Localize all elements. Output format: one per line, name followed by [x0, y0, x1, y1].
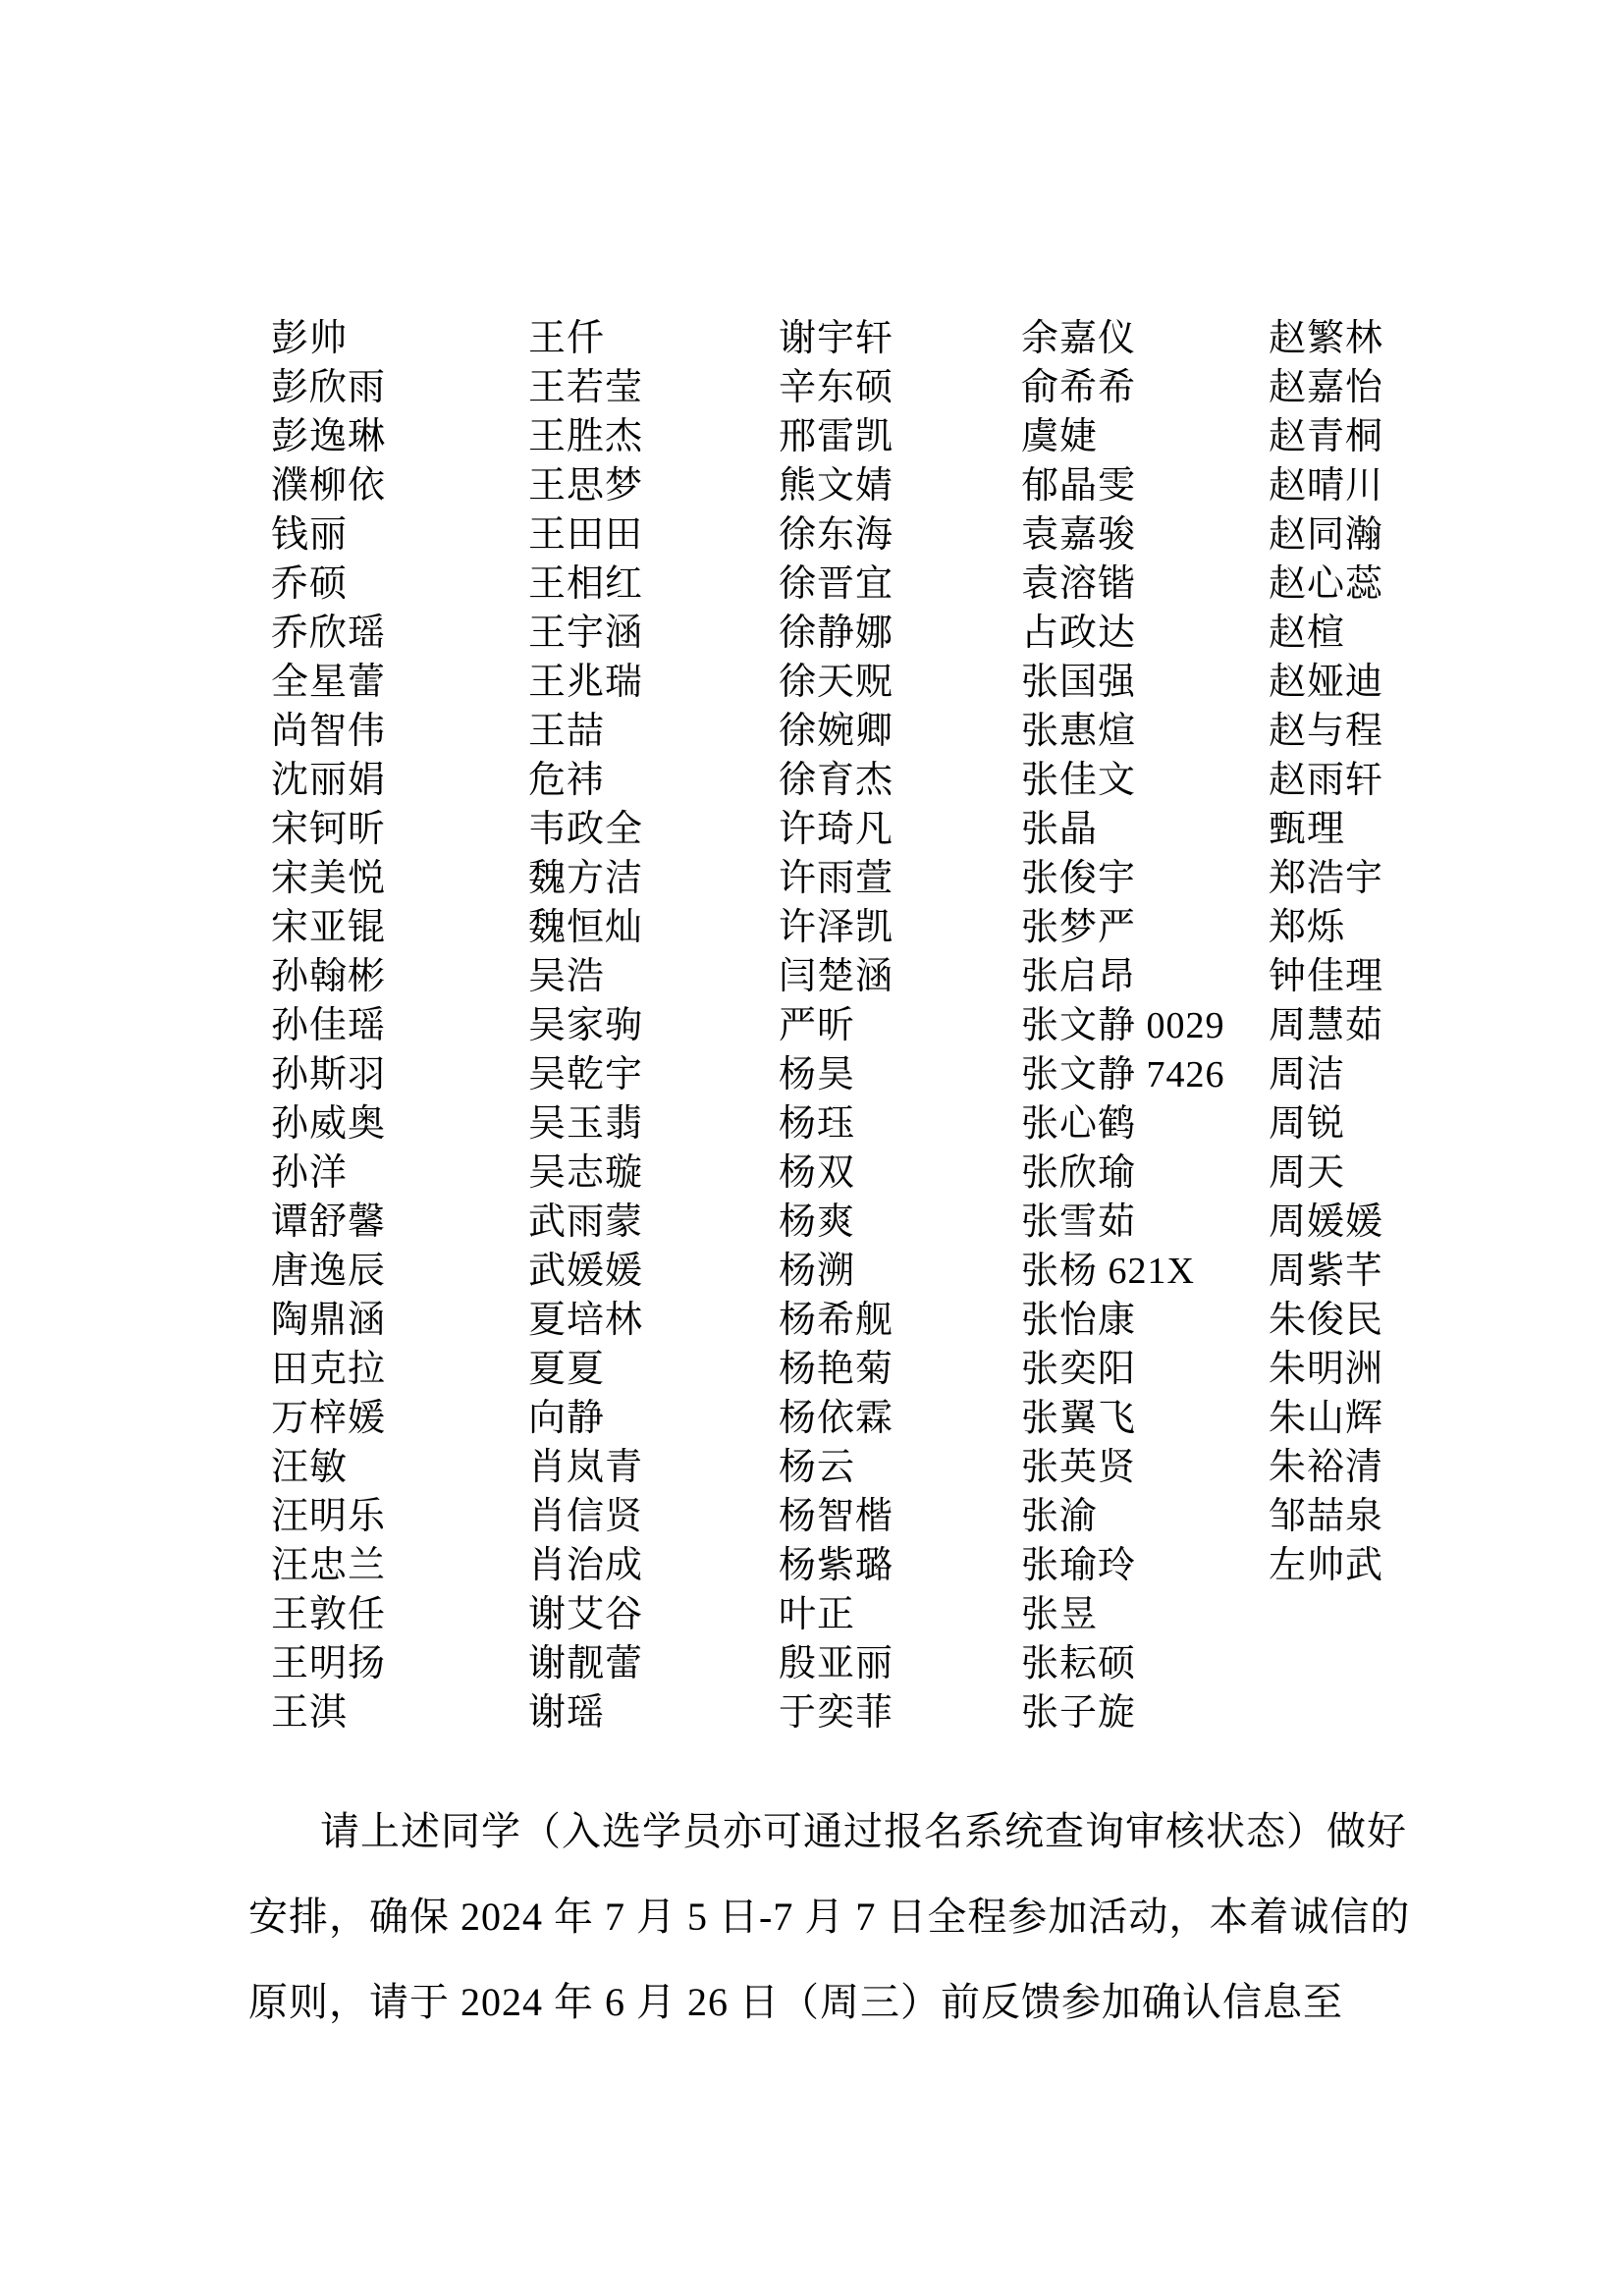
student-name: 肖岚青: [528, 1443, 643, 1492]
student-name: 汪忠兰: [271, 1541, 386, 1590]
student-name: 郑烁: [1269, 903, 1383, 952]
student-name: 张文静 7426: [1021, 1050, 1225, 1099]
student-name: 赵晴川: [1269, 461, 1383, 510]
student-name: 吴乾宇: [528, 1050, 643, 1099]
student-name: 宋美悦: [271, 854, 386, 903]
name-column-2: 王仟王若莹王胜杰王思梦王田田王相红王宇涵王兆瑞王喆危祎韦政全魏方洁魏恒灿吴浩吴家…: [528, 314, 643, 1737]
student-name: 吴玉翡: [528, 1099, 643, 1148]
confirmation-instructions-paragraph: 请上述同学（入选学员亦可通过报名系统查询审核状态）做好安排，确保 2024 年 …: [248, 1789, 1407, 2045]
student-name: 朱山辉: [1269, 1394, 1383, 1443]
student-name: 于奕菲: [779, 1688, 893, 1737]
student-name: 徐晋宜: [779, 560, 893, 609]
student-name: 杨爽: [779, 1198, 893, 1247]
student-name: 张昱: [1021, 1590, 1225, 1639]
student-name: 赵与程: [1269, 707, 1383, 756]
student-name: 张渝: [1021, 1492, 1225, 1541]
student-name: 严昕: [779, 1001, 893, 1050]
student-name: 袁溶锴: [1021, 560, 1225, 609]
student-name: 王宇涵: [528, 609, 643, 658]
student-name: 万梓媛: [271, 1394, 386, 1443]
student-name: 张英贤: [1021, 1443, 1225, 1492]
student-name: 叶正: [779, 1590, 893, 1639]
student-name: 周天: [1269, 1148, 1383, 1198]
student-name: 徐天贶: [779, 658, 893, 707]
student-name: 甄理: [1269, 805, 1383, 854]
student-name: 王胜杰: [528, 412, 643, 461]
student-name: 邢雷凯: [779, 412, 893, 461]
document-page: 彭帅彭欣雨彭逸琳濮柳依钱丽乔硕乔欣瑶全星蕾尚智伟沈丽娟宋钶昕宋美悦宋亚锟孙翰彬孙…: [0, 0, 1624, 2296]
student-name: 杨依霖: [779, 1394, 893, 1443]
student-name: 夏培林: [528, 1296, 643, 1345]
student-name: 武媛媛: [528, 1247, 643, 1296]
student-name: 赵繁林: [1269, 314, 1383, 363]
student-name: 虞婕: [1021, 412, 1225, 461]
student-name: 许琦凡: [779, 805, 893, 854]
student-name: 袁嘉骏: [1021, 510, 1225, 560]
student-name: 乔硕: [271, 560, 386, 609]
student-name: 张耘硕: [1021, 1639, 1225, 1688]
student-name: 张文静 0029: [1021, 1001, 1225, 1050]
student-name: 陶鼎涵: [271, 1296, 386, 1345]
student-name: 彭欣雨: [271, 363, 386, 412]
student-name: 钟佳理: [1269, 952, 1383, 1001]
student-name: 占政达: [1021, 609, 1225, 658]
name-column-5: 赵繁林赵嘉怡赵青桐赵晴川赵同瀚赵心蕊赵楦赵娅迪赵与程赵雨轩甄理郑浩宇郑烁钟佳理周…: [1269, 314, 1383, 1590]
student-name: 周慧茹: [1269, 1001, 1383, 1050]
student-name: 朱裕清: [1269, 1443, 1383, 1492]
student-name: 吴家驹: [528, 1001, 643, 1050]
student-name: 郑浩宇: [1269, 854, 1383, 903]
student-name: 张子旋: [1021, 1688, 1225, 1737]
student-name: 赵青桐: [1269, 412, 1383, 461]
student-name: 周紫芊: [1269, 1247, 1383, 1296]
student-name: 熊文婧: [779, 461, 893, 510]
student-name: 汪敏: [271, 1443, 386, 1492]
student-name: 肖治成: [528, 1541, 643, 1590]
student-name: 张国强: [1021, 658, 1225, 707]
student-name: 韦政全: [528, 805, 643, 854]
student-name: 向静: [528, 1394, 643, 1443]
student-name: 张惠煊: [1021, 707, 1225, 756]
student-name: 吴志璇: [528, 1148, 643, 1198]
student-name: 左帅武: [1269, 1541, 1383, 1590]
student-name: 杨智楷: [779, 1492, 893, 1541]
student-name: 谢艾谷: [528, 1590, 643, 1639]
student-name: 肖信贤: [528, 1492, 643, 1541]
student-name: 徐东海: [779, 510, 893, 560]
student-name: 杨紫璐: [779, 1541, 893, 1590]
student-name: 徐婉卿: [779, 707, 893, 756]
student-name: 张瑜玲: [1021, 1541, 1225, 1590]
student-name: 赵雨轩: [1269, 756, 1383, 805]
student-name: 赵同瀚: [1269, 510, 1383, 560]
student-name: 王淇: [271, 1688, 386, 1737]
name-column-4: 余嘉仪俞希希虞婕郁晶雯袁嘉骏袁溶锴占政达张国强张惠煊张佳文张晶张俊宇张梦严张启昂…: [1021, 314, 1225, 1737]
student-name: 王敦任: [271, 1590, 386, 1639]
student-name: 周洁: [1269, 1050, 1383, 1099]
student-name: 夏夏: [528, 1345, 643, 1394]
paragraph-line: 请上述同学（入选学员亦可通过报名系统查询审核状态）做好: [248, 1789, 1407, 1874]
student-name: 谢靓蕾: [528, 1639, 643, 1688]
student-name: 乔欣瑶: [271, 609, 386, 658]
student-name: 武雨蒙: [528, 1198, 643, 1247]
student-name: 危祎: [528, 756, 643, 805]
student-name: 魏方洁: [528, 854, 643, 903]
student-name: 张翼飞: [1021, 1394, 1225, 1443]
student-name: 辛东硕: [779, 363, 893, 412]
student-name: 王仟: [528, 314, 643, 363]
student-name: 许雨萱: [779, 854, 893, 903]
student-name: 汪明乐: [271, 1492, 386, 1541]
student-name: 孙斯羽: [271, 1050, 386, 1099]
student-name: 濮柳依: [271, 461, 386, 510]
paragraph-line: 原则，请于 2024 年 6 月 26 日（周三）前反馈参加确认信息至: [248, 1959, 1407, 2045]
student-name: 徐育杰: [779, 756, 893, 805]
student-name: 张佳文: [1021, 756, 1225, 805]
student-name: 徐静娜: [779, 609, 893, 658]
student-name: 杨双: [779, 1148, 893, 1198]
student-name: 许泽凯: [779, 903, 893, 952]
student-name: 邹喆泉: [1269, 1492, 1383, 1541]
student-name: 钱丽: [271, 510, 386, 560]
student-name: 张俊宇: [1021, 854, 1225, 903]
student-name: 杨云: [779, 1443, 893, 1492]
student-name: 赵心蕊: [1269, 560, 1383, 609]
student-name: 张梦严: [1021, 903, 1225, 952]
student-name: 赵楦: [1269, 609, 1383, 658]
name-column-1: 彭帅彭欣雨彭逸琳濮柳依钱丽乔硕乔欣瑶全星蕾尚智伟沈丽娟宋钶昕宋美悦宋亚锟孙翰彬孙…: [271, 314, 386, 1737]
student-name: 谢宇轩: [779, 314, 893, 363]
student-name: 张启昂: [1021, 952, 1225, 1001]
student-name: 杨艳菊: [779, 1345, 893, 1394]
name-column-3: 谢宇轩辛东硕邢雷凯熊文婧徐东海徐晋宜徐静娜徐天贶徐婉卿徐育杰许琦凡许雨萱许泽凯闫…: [779, 314, 893, 1737]
student-name: 谢瑶: [528, 1688, 643, 1737]
student-name: 王明扬: [271, 1639, 386, 1688]
student-name: 张晶: [1021, 805, 1225, 854]
student-name: 沈丽娟: [271, 756, 386, 805]
student-name: 郁晶雯: [1021, 461, 1225, 510]
student-name: 孙洋: [271, 1148, 386, 1198]
student-name: 宋亚锟: [271, 903, 386, 952]
student-name: 宋钶昕: [271, 805, 386, 854]
student-name: 王兆瑞: [528, 658, 643, 707]
student-name: 王田田: [528, 510, 643, 560]
student-name: 张杨 621X: [1021, 1247, 1225, 1296]
student-name: 杨希舰: [779, 1296, 893, 1345]
student-name: 唐逸辰: [271, 1247, 386, 1296]
student-name: 王喆: [528, 707, 643, 756]
student-name: 张雪茹: [1021, 1198, 1225, 1247]
student-name: 杨珏: [779, 1099, 893, 1148]
student-name: 朱明洲: [1269, 1345, 1383, 1394]
student-name: 谭舒馨: [271, 1198, 386, 1247]
student-name: 张怡康: [1021, 1296, 1225, 1345]
student-name: 彭逸琳: [271, 412, 386, 461]
student-name: 闫楚涵: [779, 952, 893, 1001]
student-name: 杨昊: [779, 1050, 893, 1099]
student-name: 王相红: [528, 560, 643, 609]
student-name: 张欣瑜: [1021, 1148, 1225, 1198]
student-name: 魏恒灿: [528, 903, 643, 952]
student-name: 尚智伟: [271, 707, 386, 756]
student-name: 赵嘉怡: [1269, 363, 1383, 412]
student-name: 彭帅: [271, 314, 386, 363]
student-name: 王若莹: [528, 363, 643, 412]
student-name: 张奕阳: [1021, 1345, 1225, 1394]
student-name: 杨溯: [779, 1247, 893, 1296]
student-name: 全星蕾: [271, 658, 386, 707]
student-name: 田克拉: [271, 1345, 386, 1394]
student-name: 孙翰彬: [271, 952, 386, 1001]
student-name: 张心鹤: [1021, 1099, 1225, 1148]
paragraph-line: 安排，确保 2024 年 7 月 5 日-7 月 7 日全程参加活动，本着诚信的: [248, 1874, 1407, 1959]
student-name: 王思梦: [528, 461, 643, 510]
student-name: 殷亚丽: [779, 1639, 893, 1688]
student-name: 吴浩: [528, 952, 643, 1001]
student-name: 俞希希: [1021, 363, 1225, 412]
student-name: 余嘉仪: [1021, 314, 1225, 363]
student-name: 周媛媛: [1269, 1198, 1383, 1247]
student-name: 赵娅迪: [1269, 658, 1383, 707]
student-name: 朱俊民: [1269, 1296, 1383, 1345]
student-name: 周锐: [1269, 1099, 1383, 1148]
student-name: 孙佳瑶: [271, 1001, 386, 1050]
student-name: 孙威奥: [271, 1099, 386, 1148]
